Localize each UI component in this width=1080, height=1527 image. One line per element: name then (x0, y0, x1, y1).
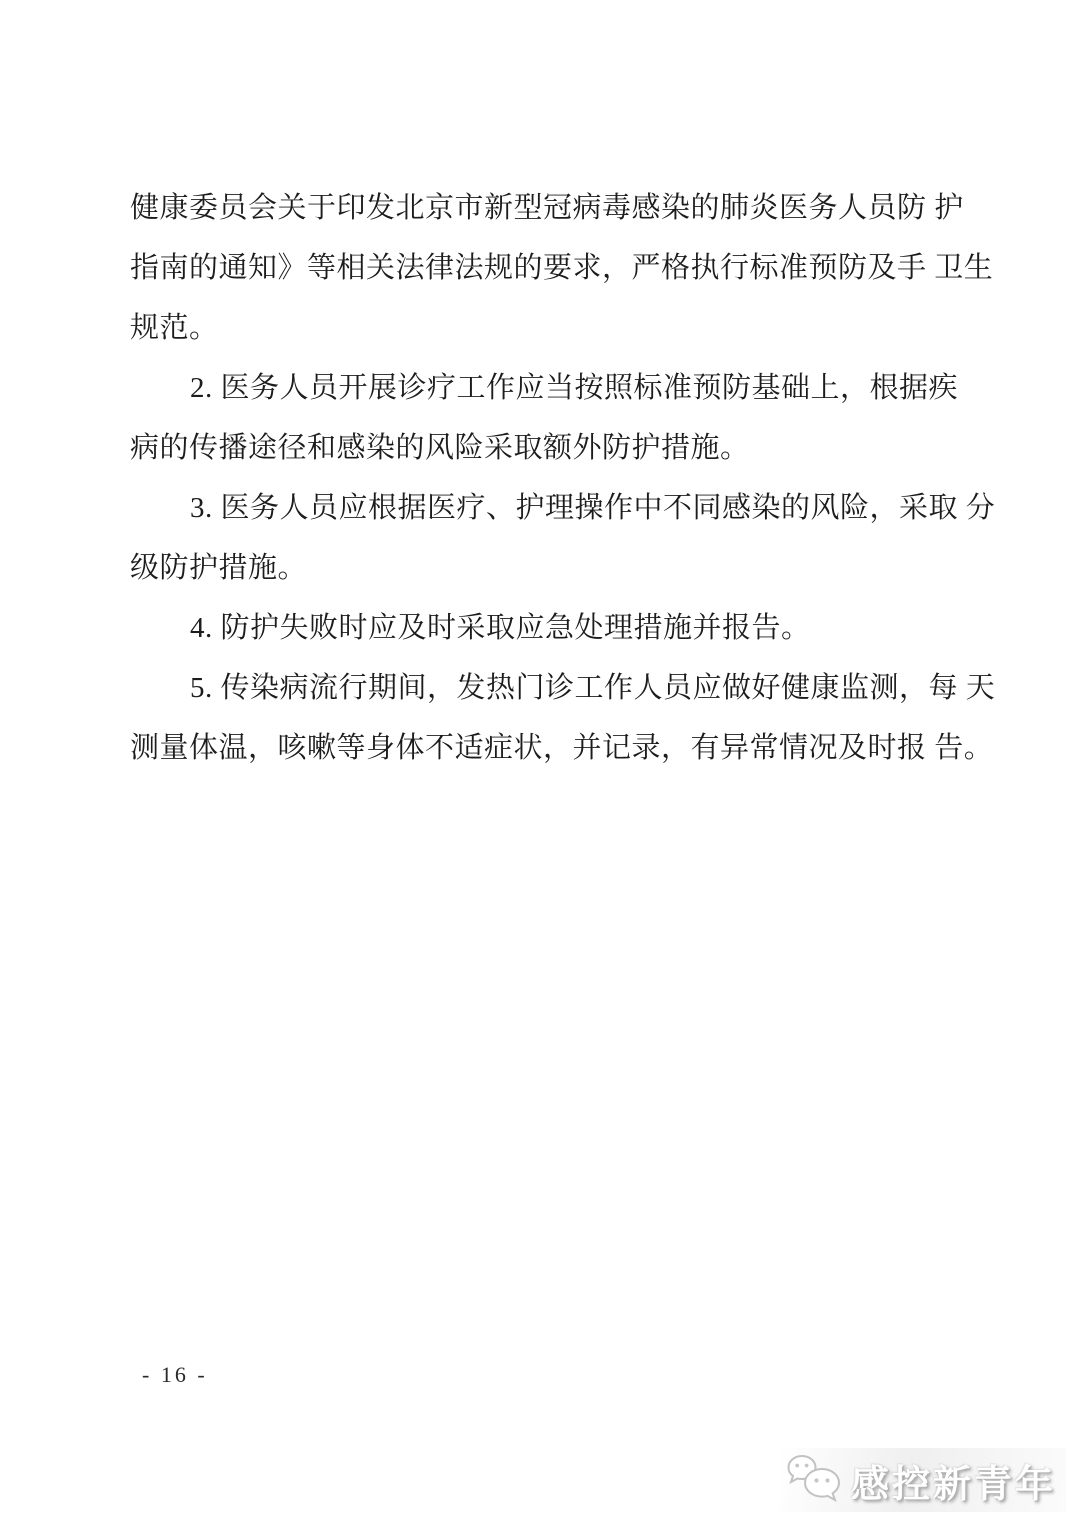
text-line: 2. 医务人员开展诊疗工作应当按照标准预防基础上，根据疾 (130, 358, 975, 418)
text-line: 级防护措施。 (130, 538, 975, 598)
text-line: 指南的通知》等相关法律法规的要求，严格执行标准预防及手 卫生 (130, 238, 975, 298)
wechat-icon (785, 1452, 843, 1508)
text-line: 4. 防护失败时应及时采取应急处理措施并报告。 (130, 598, 975, 658)
text-line: 3. 医务人员应根据医疗、护理操作中不同感染的风险，采取 分 (130, 478, 975, 538)
page-number: - 16 - (142, 1362, 208, 1388)
text-line: 测量体温，咳嗽等身体不适症状，并记录，有异常情况及时报 告。 (130, 718, 975, 778)
text-line: 规范。 (130, 298, 975, 358)
document-body: 健康委员会关于印发北京市新型冠病毒感染的肺炎医务人员防 护指南的通知》等相关法律… (130, 178, 975, 778)
text-line: 5. 传染病流行期间，发热门诊工作人员应做好健康监测，每 天 (130, 658, 975, 718)
document-page: 健康委员会关于印发北京市新型冠病毒感染的肺炎医务人员防 护指南的通知》等相关法律… (0, 0, 1080, 1527)
text-line: 健康委员会关于印发北京市新型冠病毒感染的肺炎医务人员防 护 (130, 178, 975, 238)
text-line: 病的传播途径和感染的风险采取额外防护措施。 (130, 418, 975, 478)
watermark-label: 感控新青年 (851, 1453, 1056, 1508)
watermark: 感控新青年 (779, 1448, 1066, 1512)
